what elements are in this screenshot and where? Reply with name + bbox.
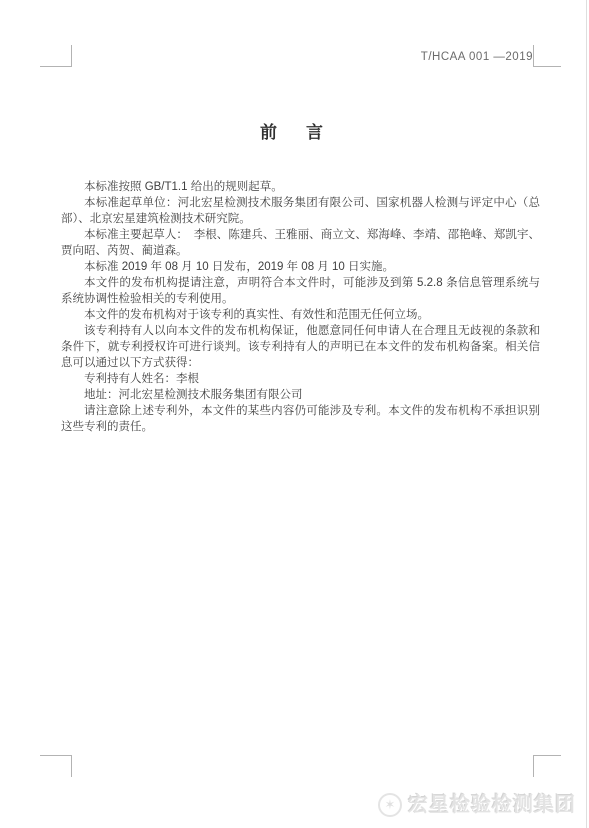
paragraph-patent-position: 本文件的发布机构对于该专利的真实性、有效性和范围无任何立场。 [61,307,540,323]
document-body: 本标准按照 GB/T1.1 给出的规则起草。 本标准起草单位：河北宏星检测技术服… [61,179,540,435]
crop-mark-top-left [40,45,72,67]
paragraph-patent-address: 地址：河北宏星检测技术服务集团有限公司 [61,387,540,403]
paragraph-drafters: 本标准主要起草人： 李根、陈建兵、王雅丽、商立文、郑海峰、李靖、邵艳峰、郑凯宇、… [61,227,540,259]
paragraph-publish-date: 本标准 2019 年 08 月 10 日发布，2019 年 08 月 10 日实… [61,259,540,275]
company-watermark-text: 宏星检验检测集团 [408,788,576,817]
paragraph-patent-notice: 本文件的发布机构提请注意，声明符合本文件时，可能涉及到第 5.2.8 条信息管理… [61,275,540,307]
crop-mark-bottom-left [40,755,72,777]
company-watermark: ✶ 宏星检验检测集团 [378,788,576,817]
document-page: T/HCAA 001 —2019 前 言 本标准按照 GB/T1.1 给出的规则… [0,0,589,828]
page-title: 前 言 [0,118,589,143]
paragraph-drafting-units: 本标准起草单位：河北宏星检测技术服务集团有限公司、国家机器人检测与评定中心（总部… [61,195,540,227]
company-logo-icon: ✶ [378,793,402,817]
paragraph-drafting-rules: 本标准按照 GB/T1.1 给出的规则起草。 [61,179,540,195]
crop-mark-bottom-right [533,755,561,777]
paragraph-patent-statement: 该专利持有人以向本文件的发布机构保证，他愿意同任何申请人在合理且无歧视的条款和条… [61,323,540,371]
standard-number: T/HCAA 001 —2019 [421,51,533,63]
crop-mark-top-right [533,45,561,67]
paragraph-patent-caution: 请注意除上述专利外，本文件的某些内容仍可能涉及专利。本文件的发布机构不承担识别这… [61,403,540,435]
paragraph-patent-holder: 专利持有人姓名：李根 [61,371,540,387]
